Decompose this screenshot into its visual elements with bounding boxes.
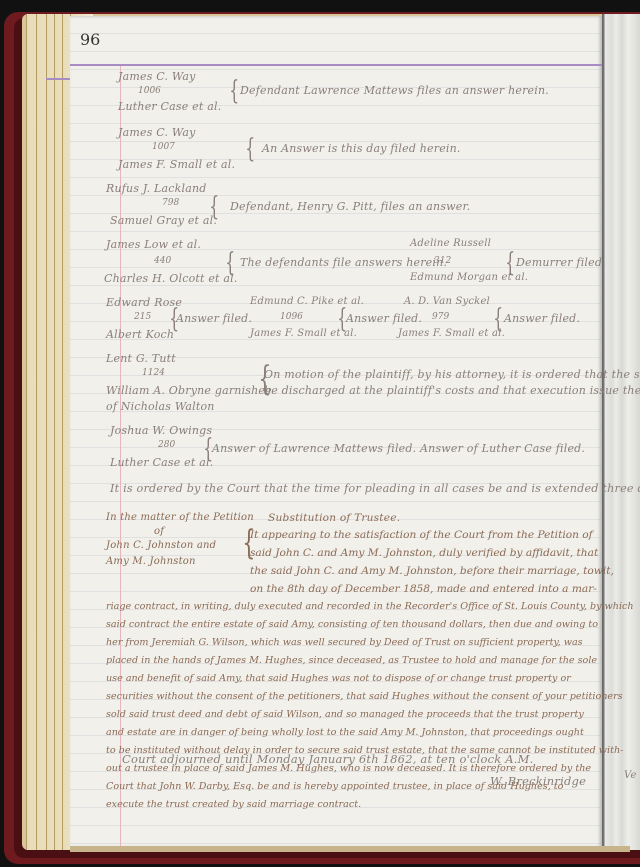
case-number: 1124 <box>142 368 165 378</box>
adjournment: Court adjourned until Monday January 6th… <box>122 752 533 766</box>
case-note: An Answer is this day filed herein. <box>262 142 461 155</box>
petition-heading: In the matter of the Petition <box>106 512 254 523</box>
brace-icon: { <box>505 250 515 276</box>
ledger-page: 96 James C. Way 1006 Luther Case et al. … <box>70 16 602 848</box>
linked-defendant-2: James F. Small et al. <box>398 328 505 339</box>
defendant-line2: of Nicholas Walton <box>106 400 215 413</box>
defendant: William A. Obryne garnishee <box>106 384 272 397</box>
petitioner: Amy M. Johnston <box>106 556 196 567</box>
linked-case-number: 312 <box>434 256 451 266</box>
petitioner: John C. Johnston and <box>106 540 216 551</box>
case-number: 1006 <box>138 86 161 96</box>
plaintiff: Rufus J. Lackland <box>106 182 207 195</box>
case-number: 440 <box>154 256 171 266</box>
plaintiff: Joshua W. Owings <box>110 424 212 437</box>
case-number: 280 <box>158 440 175 450</box>
case-number: 215 <box>134 312 151 322</box>
linked-note-2: Answer filed. <box>504 312 580 325</box>
defendant: Luther Case et al. <box>118 100 221 113</box>
petition-body-indented: It appearing to the satisfaction of the … <box>250 526 614 598</box>
linked-plaintiff: Adeline Russell <box>410 238 491 249</box>
case-note: The defendants file answers herein. <box>240 256 447 269</box>
defendant: Luther Case et al. <box>110 456 213 469</box>
case-number: 798 <box>162 198 179 208</box>
linked-note: Answer filed. <box>346 312 422 325</box>
case-note-line: be discharged at the plaintiff's costs a… <box>264 384 640 397</box>
defendant: Charles H. Olcott et al. <box>104 272 238 285</box>
plaintiff: James Low et al. <box>106 238 201 251</box>
case-number: 1007 <box>152 142 175 152</box>
plaintiff: Lent G. Tutt <box>106 352 176 365</box>
linked-plaintiff-2: A. D. Van Syckel <box>404 296 490 307</box>
page-bottom-edge <box>70 846 630 852</box>
case-note: Defendant Lawrence Mattews files an answ… <box>240 84 549 97</box>
linked-note: Demurrer filed. <box>516 256 606 269</box>
case-note-line: On motion of the plaintiff, by his attor… <box>264 368 640 381</box>
petition-heading: of <box>154 526 164 537</box>
brace-icon: { <box>245 136 255 162</box>
defendant: Albert Koch <box>106 328 174 341</box>
brace-icon: { <box>209 194 219 220</box>
case-note: Answer of Lawrence Mattews filed. Answer… <box>212 442 585 455</box>
brace-icon: { <box>225 250 235 276</box>
defendant: Samuel Gray et al. <box>110 214 217 227</box>
plaintiff: James C. Way <box>118 70 196 83</box>
plaintiff: James C. Way <box>118 126 196 139</box>
petition-title: Substitution of Trustee. <box>268 512 400 524</box>
linked-case-number-2: 979 <box>432 312 449 322</box>
case-note: Answer filed. <box>176 312 252 325</box>
brace-icon: { <box>493 306 503 332</box>
signature: W. Breckinridge <box>490 774 586 788</box>
brace-icon: { <box>229 78 239 104</box>
case-note: Defendant, Henry G. Pitt, files an answe… <box>230 200 470 213</box>
linked-case-number: 1096 <box>280 312 303 322</box>
defendant: James F. Small et al. <box>118 158 235 171</box>
header-rule <box>70 64 602 66</box>
general-order: It is ordered by the Court that the time… <box>110 482 640 495</box>
page-number: 96 <box>80 30 100 49</box>
